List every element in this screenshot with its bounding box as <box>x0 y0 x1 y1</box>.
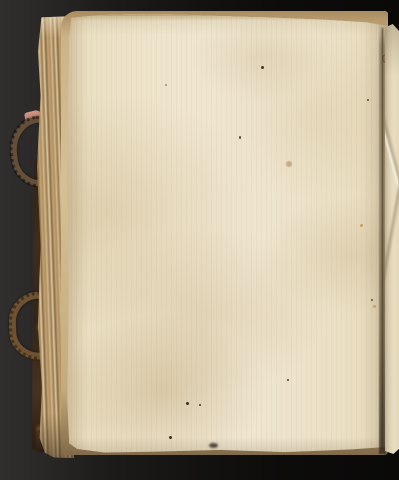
page-speck <box>239 136 241 139</box>
photo-of-manuscript: Old manuscript book opened to a blank pa… <box>0 0 399 480</box>
page-speck <box>287 379 289 381</box>
page-speck <box>371 299 373 301</box>
page-smudge <box>209 443 218 448</box>
photo-caption: Old manuscript book opened to a blank pa… <box>0 0 1 1</box>
page-speck <box>261 66 264 69</box>
page-speck <box>373 305 376 308</box>
page-speck <box>360 224 363 227</box>
page-speck <box>169 436 172 439</box>
gutter-crease <box>379 20 386 454</box>
crease-lines <box>385 24 399 454</box>
page-speck <box>186 402 189 405</box>
adjacent-page-edge <box>385 24 399 454</box>
page-stain <box>286 161 292 167</box>
page-speck <box>199 404 201 406</box>
page-speck <box>367 99 369 101</box>
parchment-page <box>66 13 388 453</box>
page-speck <box>165 84 167 86</box>
